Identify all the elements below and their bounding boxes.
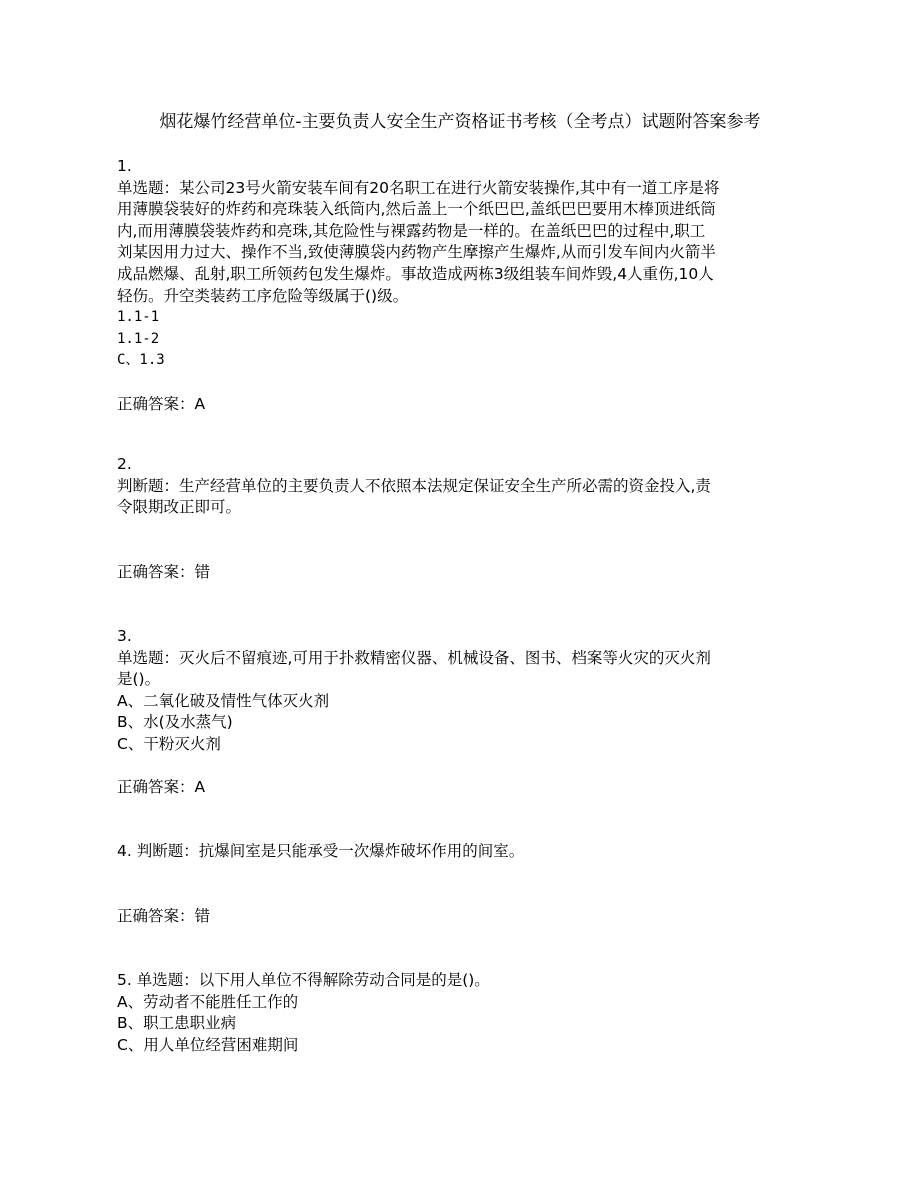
option-a: 1.1-1 [117, 307, 807, 329]
question-stem-line: 判断题：生产经营单位的主要负责人不依照本法规定保证安全生产所必需的资金投入,责 [117, 476, 807, 498]
question-stem-line: 刘某因用力过大、操作不当,致使薄膜袋内药物产生摩擦产生爆炸,从而引发车间内火箭半 [117, 242, 807, 264]
question-stem-line: 是()。 [117, 669, 807, 691]
correct-answer: 正确答案：错 [117, 906, 807, 928]
question-1: 1. 单选题：某公司23号火箭安装车间有20名职工在进行火箭安装操作,其中有一道… [117, 156, 807, 415]
question-number: 2. [117, 454, 807, 476]
page-title: 烟花爆竹经营单位-主要负责人安全生产资格证书考核（全考点）试题附答案参考 [0, 111, 920, 133]
question-2: 2. 判断题：生产经营单位的主要负责人不依照本法规定保证安全生产所必需的资金投入… [117, 454, 807, 584]
question-number: 1. [117, 156, 807, 178]
option-c: C、1.3 [117, 350, 807, 372]
question-stem-line: 4. 判断题：抗爆间室是只能承受一次爆炸破坏作用的间室。 [117, 841, 807, 863]
question-3: 3. 单选题：灭火后不留痕迹,可用于扑救精密仪器、机械设备、图书、档案等火灾的灭… [117, 626, 807, 799]
correct-answer: 正确答案：错 [117, 562, 807, 584]
question-stem-line: 单选题：某公司23号火箭安装车间有20名职工在进行火箭安装操作,其中有一道工序是… [117, 178, 807, 200]
question-5: 5. 单选题：以下用人单位不得解除劳动合同是的是()。 A、劳动者不能胜任工作的… [117, 970, 807, 1056]
question-stem-line: 令限期改正即可。 [117, 497, 807, 519]
option-b: B、职工患职业病 [117, 1013, 807, 1035]
option-c: C、用人单位经营困难期间 [117, 1035, 807, 1057]
question-4: 4. 判断题：抗爆间室是只能承受一次爆炸破坏作用的间室。 正确答案：错 [117, 841, 807, 927]
option-c: C、干粉灭火剂 [117, 734, 807, 756]
question-stem-line: 内,而用薄膜袋装炸药和亮珠,其危险性与裸露药物是一样的。在盖纸巴巴的过程中,职工 [117, 221, 807, 243]
question-stem-line: 5. 单选题：以下用人单位不得解除劳动合同是的是()。 [117, 970, 807, 992]
option-b: 1.1-2 [117, 329, 807, 351]
option-a: A、二氧化破及情性气体灭火剂 [117, 691, 807, 713]
option-a: A、劳动者不能胜任工作的 [117, 992, 807, 1014]
correct-answer: 正确答案：A [117, 777, 807, 799]
question-stem-line: 轻伤。升空类装药工序危险等级属于()级。 [117, 286, 807, 308]
question-number: 3. [117, 626, 807, 648]
correct-answer: 正确答案：A [117, 394, 807, 416]
option-b: B、水(及水蒸气) [117, 712, 807, 734]
question-stem-line: 成品燃爆、乱射,职工所领药包发生爆炸。事故造成两栋3级组装车间炸毁,4人重伤,1… [117, 264, 807, 286]
question-stem-line: 单选题：灭火后不留痕迹,可用于扑救精密仪器、机械设备、图书、档案等火灾的灭火剂 [117, 648, 807, 670]
question-stem-line: 用薄膜袋装好的炸药和亮珠装入纸筒内,然后盖上一个纸巴巴,盖纸巴巴要用木棒顶进纸筒 [117, 199, 807, 221]
